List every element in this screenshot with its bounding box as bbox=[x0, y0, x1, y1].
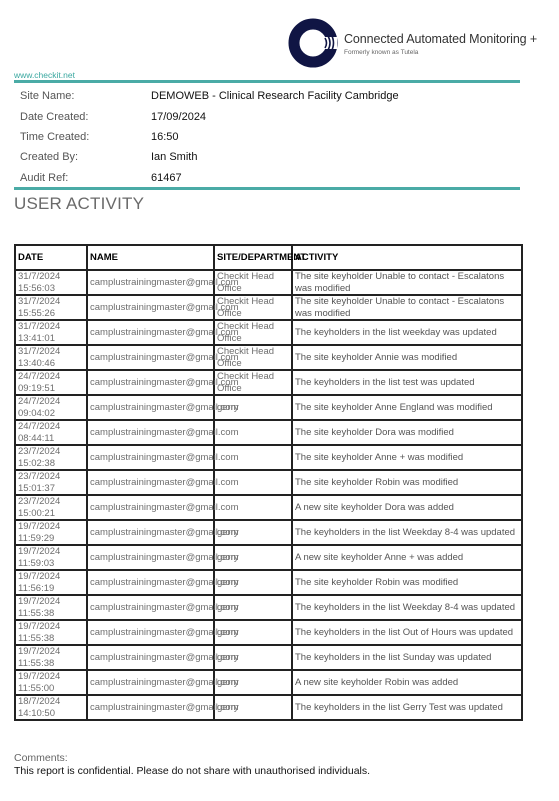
cell-date: 19/7/2024 11:55:38 bbox=[15, 595, 87, 620]
cell-name: camplustrainingmaster@gmail.com bbox=[87, 470, 214, 495]
cell-date: 19/7/2024 11:56:19 bbox=[15, 570, 87, 595]
column-header-activity: ACTIVITY bbox=[292, 245, 522, 270]
cell-activity: The site keyholder Robin was modified bbox=[292, 470, 522, 495]
meta-row: Created By:Ian Smith bbox=[20, 147, 520, 167]
cell-date: 24/7/2024 09:19:51 bbox=[15, 370, 87, 395]
table-row: 31/7/2024 13:41:01camplustrainingmaster@… bbox=[15, 320, 522, 345]
cell-date: 31/7/2024 15:56:03 bbox=[15, 270, 87, 295]
table-row: 19/7/2024 11:56:19camplustrainingmaster@… bbox=[15, 570, 522, 595]
meta-label: Date Created: bbox=[20, 111, 151, 123]
header-divider bbox=[14, 80, 520, 83]
cell-activity: The site keyholder Unable to contact - E… bbox=[292, 295, 522, 320]
cell-activity: The keyholders in the list test was upda… bbox=[292, 370, 522, 395]
cell-date: 18/7/2024 14:10:50 bbox=[15, 695, 87, 720]
cell-activity: The keyholders in the list Gerry Test wa… bbox=[292, 695, 522, 720]
cell-date: 24/7/2024 08:44:11 bbox=[15, 420, 87, 445]
meta-label: Time Created: bbox=[20, 131, 151, 143]
column-header-site: SITE/DEPARTMENT bbox=[214, 245, 292, 270]
cell-date: 19/7/2024 11:59:03 bbox=[15, 545, 87, 570]
table-row: 19/7/2024 11:59:03camplustrainingmaster@… bbox=[15, 545, 522, 570]
comments-section: Comments: This report is confidential. P… bbox=[14, 752, 370, 777]
table-row: 19/7/2024 11:55:00camplustrainingmaster@… bbox=[15, 670, 522, 695]
table-row: 31/7/2024 15:55:26camplustrainingmaster@… bbox=[15, 295, 522, 320]
brand-title: Connected Automated Monitoring + bbox=[344, 32, 537, 46]
cell-activity: The site keyholder Dora was modified bbox=[292, 420, 522, 445]
cell-name: camplustrainingmaster@gmail.com bbox=[87, 270, 214, 295]
cell-name: camplustrainingmaster@gmail.com bbox=[87, 420, 214, 445]
table-row: 19/7/2024 11:59:29camplustrainingmaster@… bbox=[15, 520, 522, 545]
cell-name: camplustrainingmaster@gmail.com bbox=[87, 595, 214, 620]
meta-label: Audit Ref: bbox=[20, 172, 151, 184]
report-meta: Site Name:DEMOWEB - Clinical Research Fa… bbox=[20, 86, 520, 188]
cell-name: camplustrainingmaster@gmail.com bbox=[87, 495, 214, 520]
brand-logo: Connected Automated Monitoring + Formerl… bbox=[287, 17, 547, 69]
cell-activity: The keyholders in the list Weekday 8-4 w… bbox=[292, 520, 522, 545]
table-row: 23/7/2024 15:00:21camplustrainingmaster@… bbox=[15, 495, 522, 520]
cell-name: camplustrainingmaster@gmail.com bbox=[87, 670, 214, 695]
cell-site: gerry bbox=[214, 570, 292, 595]
cell-site: gerry bbox=[214, 695, 292, 720]
cell-date: 31/7/2024 13:40:46 bbox=[15, 345, 87, 370]
table-row: 19/7/2024 11:55:38camplustrainingmaster@… bbox=[15, 620, 522, 645]
column-header-date: DATE bbox=[15, 245, 87, 270]
cell-site: Checkit Head Office bbox=[214, 295, 292, 320]
cell-date: 19/7/2024 11:55:38 bbox=[15, 645, 87, 670]
cell-name: camplustrainingmaster@gmail.com bbox=[87, 620, 214, 645]
cell-activity: The keyholders in the list Out of Hours … bbox=[292, 620, 522, 645]
cell-activity: A new site keyholder Dora was added bbox=[292, 495, 522, 520]
section-title: USER ACTIVITY bbox=[14, 194, 144, 214]
meta-row: Date Created:17/09/2024 bbox=[20, 106, 520, 126]
cell-date: 23/7/2024 15:01:37 bbox=[15, 470, 87, 495]
table-row: 19/7/2024 11:55:38camplustrainingmaster@… bbox=[15, 645, 522, 670]
cell-date: 23/7/2024 15:00:21 bbox=[15, 495, 87, 520]
cell-name: camplustrainingmaster@gmail.com bbox=[87, 645, 214, 670]
meta-label: Site Name: bbox=[20, 90, 151, 102]
cell-site: gerry bbox=[214, 620, 292, 645]
cell-site: gerry bbox=[214, 520, 292, 545]
checkit-ring-logo-icon bbox=[287, 17, 343, 69]
table-row: 31/7/2024 13:40:46camplustrainingmaster@… bbox=[15, 345, 522, 370]
cell-date: 19/7/2024 11:55:38 bbox=[15, 620, 87, 645]
meta-divider bbox=[14, 187, 520, 190]
cell-site: Checkit Head Office bbox=[214, 345, 292, 370]
meta-value: 61467 bbox=[151, 172, 182, 184]
table-row: 24/7/2024 08:44:11camplustrainingmaster@… bbox=[15, 420, 522, 445]
cell-name: camplustrainingmaster@gmail.com bbox=[87, 295, 214, 320]
cell-name: camplustrainingmaster@gmail.com bbox=[87, 545, 214, 570]
meta-value: DEMOWEB - Clinical Research Facility Cam… bbox=[151, 90, 399, 102]
table-row: 23/7/2024 15:01:37camplustrainingmaster@… bbox=[15, 470, 522, 495]
table-row: 24/7/2024 09:04:02camplustrainingmaster@… bbox=[15, 395, 522, 420]
cell-name: camplustrainingmaster@gmail.com bbox=[87, 570, 214, 595]
cell-date: 31/7/2024 13:41:01 bbox=[15, 320, 87, 345]
cell-site: gerry bbox=[214, 545, 292, 570]
meta-value: 17/09/2024 bbox=[151, 111, 206, 123]
meta-row: Time Created:16:50 bbox=[20, 127, 520, 147]
cell-name: camplustrainingmaster@gmail.com bbox=[87, 370, 214, 395]
comments-label: Comments: bbox=[14, 752, 370, 764]
cell-activity: The keyholders in the list Weekday 8-4 w… bbox=[292, 595, 522, 620]
meta-value: 16:50 bbox=[151, 131, 179, 143]
column-header-name: NAME bbox=[87, 245, 214, 270]
cell-activity: A new site keyholder Robin was added bbox=[292, 670, 522, 695]
meta-value: Ian Smith bbox=[151, 151, 197, 163]
cell-activity: The keyholders in the list Sunday was up… bbox=[292, 645, 522, 670]
table-header-row: DATE NAME SITE/DEPARTMENT ACTIVITY bbox=[15, 245, 522, 270]
cell-site: Checkit Head Office bbox=[214, 270, 292, 295]
cell-activity: The site keyholder Unable to contact - E… bbox=[292, 270, 522, 295]
meta-label: Created By: bbox=[20, 151, 151, 163]
brand-subtitle: Formerly known as Tutela bbox=[344, 49, 418, 56]
cell-date: 31/7/2024 15:55:26 bbox=[15, 295, 87, 320]
table-row: 31/7/2024 15:56:03camplustrainingmaster@… bbox=[15, 270, 522, 295]
cell-site: Checkit Head Office bbox=[214, 320, 292, 345]
table-row: 18/7/2024 14:10:50camplustrainingmaster@… bbox=[15, 695, 522, 720]
cell-activity: The keyholders in the list weekday was u… bbox=[292, 320, 522, 345]
cell-name: camplustrainingmaster@gmail.com bbox=[87, 320, 214, 345]
cell-site: gerry bbox=[214, 395, 292, 420]
cell-activity: The site keyholder Annie was modified bbox=[292, 345, 522, 370]
cell-activity: The site keyholder Robin was modified bbox=[292, 570, 522, 595]
cell-name: camplustrainingmaster@gmail.com bbox=[87, 445, 214, 470]
cell-site: gerry bbox=[214, 595, 292, 620]
site-url-link[interactable]: www.checkit.net bbox=[14, 70, 75, 80]
table-row: 24/7/2024 09:19:51camplustrainingmaster@… bbox=[15, 370, 522, 395]
cell-date: 23/7/2024 15:02:38 bbox=[15, 445, 87, 470]
comments-text: This report is confidential. Please do n… bbox=[14, 765, 370, 777]
cell-date: 19/7/2024 11:55:00 bbox=[15, 670, 87, 695]
cell-date: 19/7/2024 11:59:29 bbox=[15, 520, 87, 545]
cell-name: camplustrainingmaster@gmail.com bbox=[87, 345, 214, 370]
user-activity-table: DATE NAME SITE/DEPARTMENT ACTIVITY 31/7/… bbox=[14, 244, 523, 721]
meta-row: Audit Ref:61467 bbox=[20, 168, 520, 188]
cell-name: camplustrainingmaster@gmail.com bbox=[87, 520, 214, 545]
cell-name: camplustrainingmaster@gmail.com bbox=[87, 395, 214, 420]
cell-date: 24/7/2024 09:04:02 bbox=[15, 395, 87, 420]
table-row: 23/7/2024 15:02:38camplustrainingmaster@… bbox=[15, 445, 522, 470]
table-row: 19/7/2024 11:55:38camplustrainingmaster@… bbox=[15, 595, 522, 620]
cell-site: Checkit Head Office bbox=[214, 370, 292, 395]
cell-activity: A new site keyholder Anne + was added bbox=[292, 545, 522, 570]
cell-activity: The site keyholder Anne + was modified bbox=[292, 445, 522, 470]
cell-activity: The site keyholder Anne England was modi… bbox=[292, 395, 522, 420]
cell-site: gerry bbox=[214, 645, 292, 670]
cell-name: camplustrainingmaster@gmail.com bbox=[87, 695, 214, 720]
meta-row: Site Name:DEMOWEB - Clinical Research Fa… bbox=[20, 86, 520, 106]
cell-site: gerry bbox=[214, 670, 292, 695]
